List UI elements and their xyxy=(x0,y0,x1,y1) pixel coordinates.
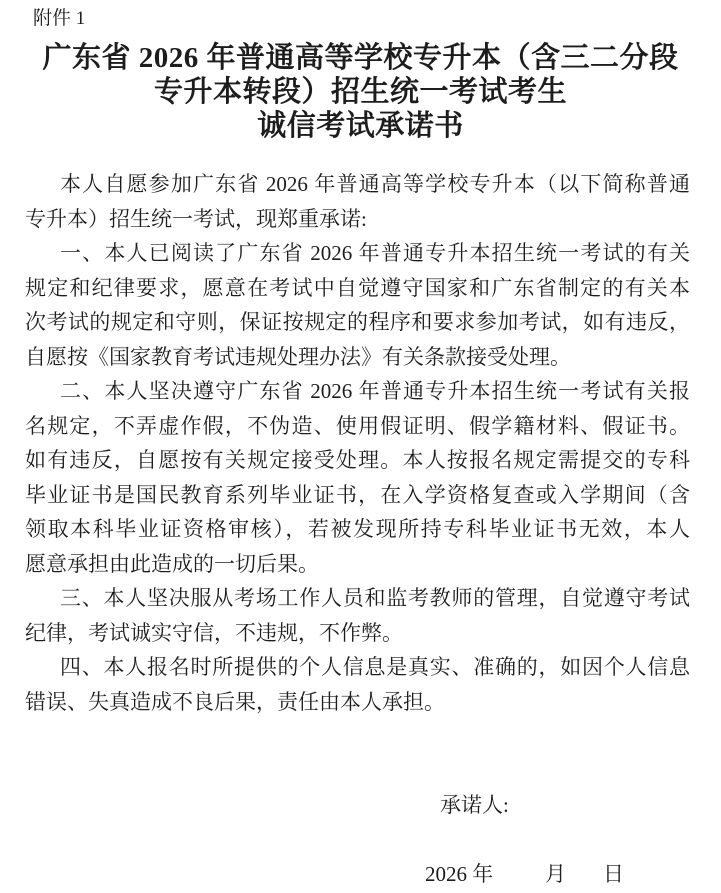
paragraph: 二、本人坚决遵守广东省 2026 年普通专升本招生统一考试有关报名规定，不弄虚作… xyxy=(25,374,690,581)
text-line: 如有违反，自愿按有关规定接受处理。本人按报名规定需提交的专科 xyxy=(25,443,690,478)
document-page: 附件 1 广东省 2026 年普通高等学校专升本（含三二分段 专升本转段）招生统… xyxy=(0,0,721,893)
text-line: 一、本人已阅读了广东省 2026 年普通专升本招生统一考试的有关 xyxy=(25,236,690,271)
text-line: 本人自愿参加广东省 2026 年普通高等学校专升本（以下简称普通 xyxy=(25,167,690,202)
text-line: 规定和纪律要求，愿意在考试中自觉遵守国家和广东省制定的有关本 xyxy=(25,271,690,306)
text-line: 纪律，考试诚实守信，不违规，不作弊。 xyxy=(25,616,690,651)
title-line-2: 专升本转段）招生统一考试考生 xyxy=(0,75,721,109)
text-line: 错误、失真造成不良后果，责任由本人承担。 xyxy=(25,685,690,720)
text-line: 愿意承担由此造成的一切后果。 xyxy=(25,547,690,582)
paragraph: 四、本人报名时所提供的个人信息是真实、准确的，如因个人信息错误、失真造成不良后果… xyxy=(25,650,690,719)
date-line: 2026 年 月 日 xyxy=(0,861,721,887)
date-month: 月 xyxy=(545,861,566,887)
date-year: 2026 年 xyxy=(425,861,493,887)
text-line: 二、本人坚决遵守广东省 2026 年普通专升本招生统一考试有关报 xyxy=(25,374,690,409)
title-line-3: 诚信考试承诺书 xyxy=(0,109,721,143)
text-line: 毕业证书是国民教育系列毕业证书，在入学资格复查或入学期间（含 xyxy=(25,478,690,513)
title-line-1: 广东省 2026 年普通高等学校专升本（含三二分段 xyxy=(0,41,721,75)
text-line: 三、本人坚决服从考场工作人员和监考教师的管理，自觉遵守考试 xyxy=(25,581,690,616)
paragraph: 本人自愿参加广东省 2026 年普通高等学校专升本（以下简称普通专升本）招生统一… xyxy=(25,167,690,236)
document-body: 本人自愿参加广东省 2026 年普通高等学校专升本（以下简称普通专升本）招生统一… xyxy=(25,167,690,719)
text-line: 四、本人报名时所提供的个人信息是真实、准确的，如因个人信息 xyxy=(25,650,690,685)
text-line: 自愿按《国家教育考试违规处理办法》有关条款接受处理。 xyxy=(25,340,690,375)
text-line: 次考试的规定和守则，保证按规定的程序和要求参加考试，如有违反， xyxy=(25,305,690,340)
text-line: 名规定，不弄虚作假，不伪造、使用假证明、假学籍材料、假证书。 xyxy=(25,409,690,444)
date-day: 日 xyxy=(603,861,624,887)
attachment-label: 附件 1 xyxy=(33,7,85,31)
paragraph: 一、本人已阅读了广东省 2026 年普通专升本招生统一考试的有关规定和纪律要求，… xyxy=(25,236,690,374)
text-line: 领取本科毕业证资格审核），若被发现所持专科毕业证书无效，本人 xyxy=(25,512,690,547)
signature-label: 承诺人: xyxy=(440,793,509,817)
paragraph: 三、本人坚决服从考场工作人员和监考教师的管理，自觉遵守考试纪律，考试诚实守信，不… xyxy=(25,581,690,650)
document-title: 广东省 2026 年普通高等学校专升本（含三二分段 专升本转段）招生统一考试考生… xyxy=(0,41,721,143)
text-line: 专升本）招生统一考试，现郑重承诺: xyxy=(25,202,690,237)
